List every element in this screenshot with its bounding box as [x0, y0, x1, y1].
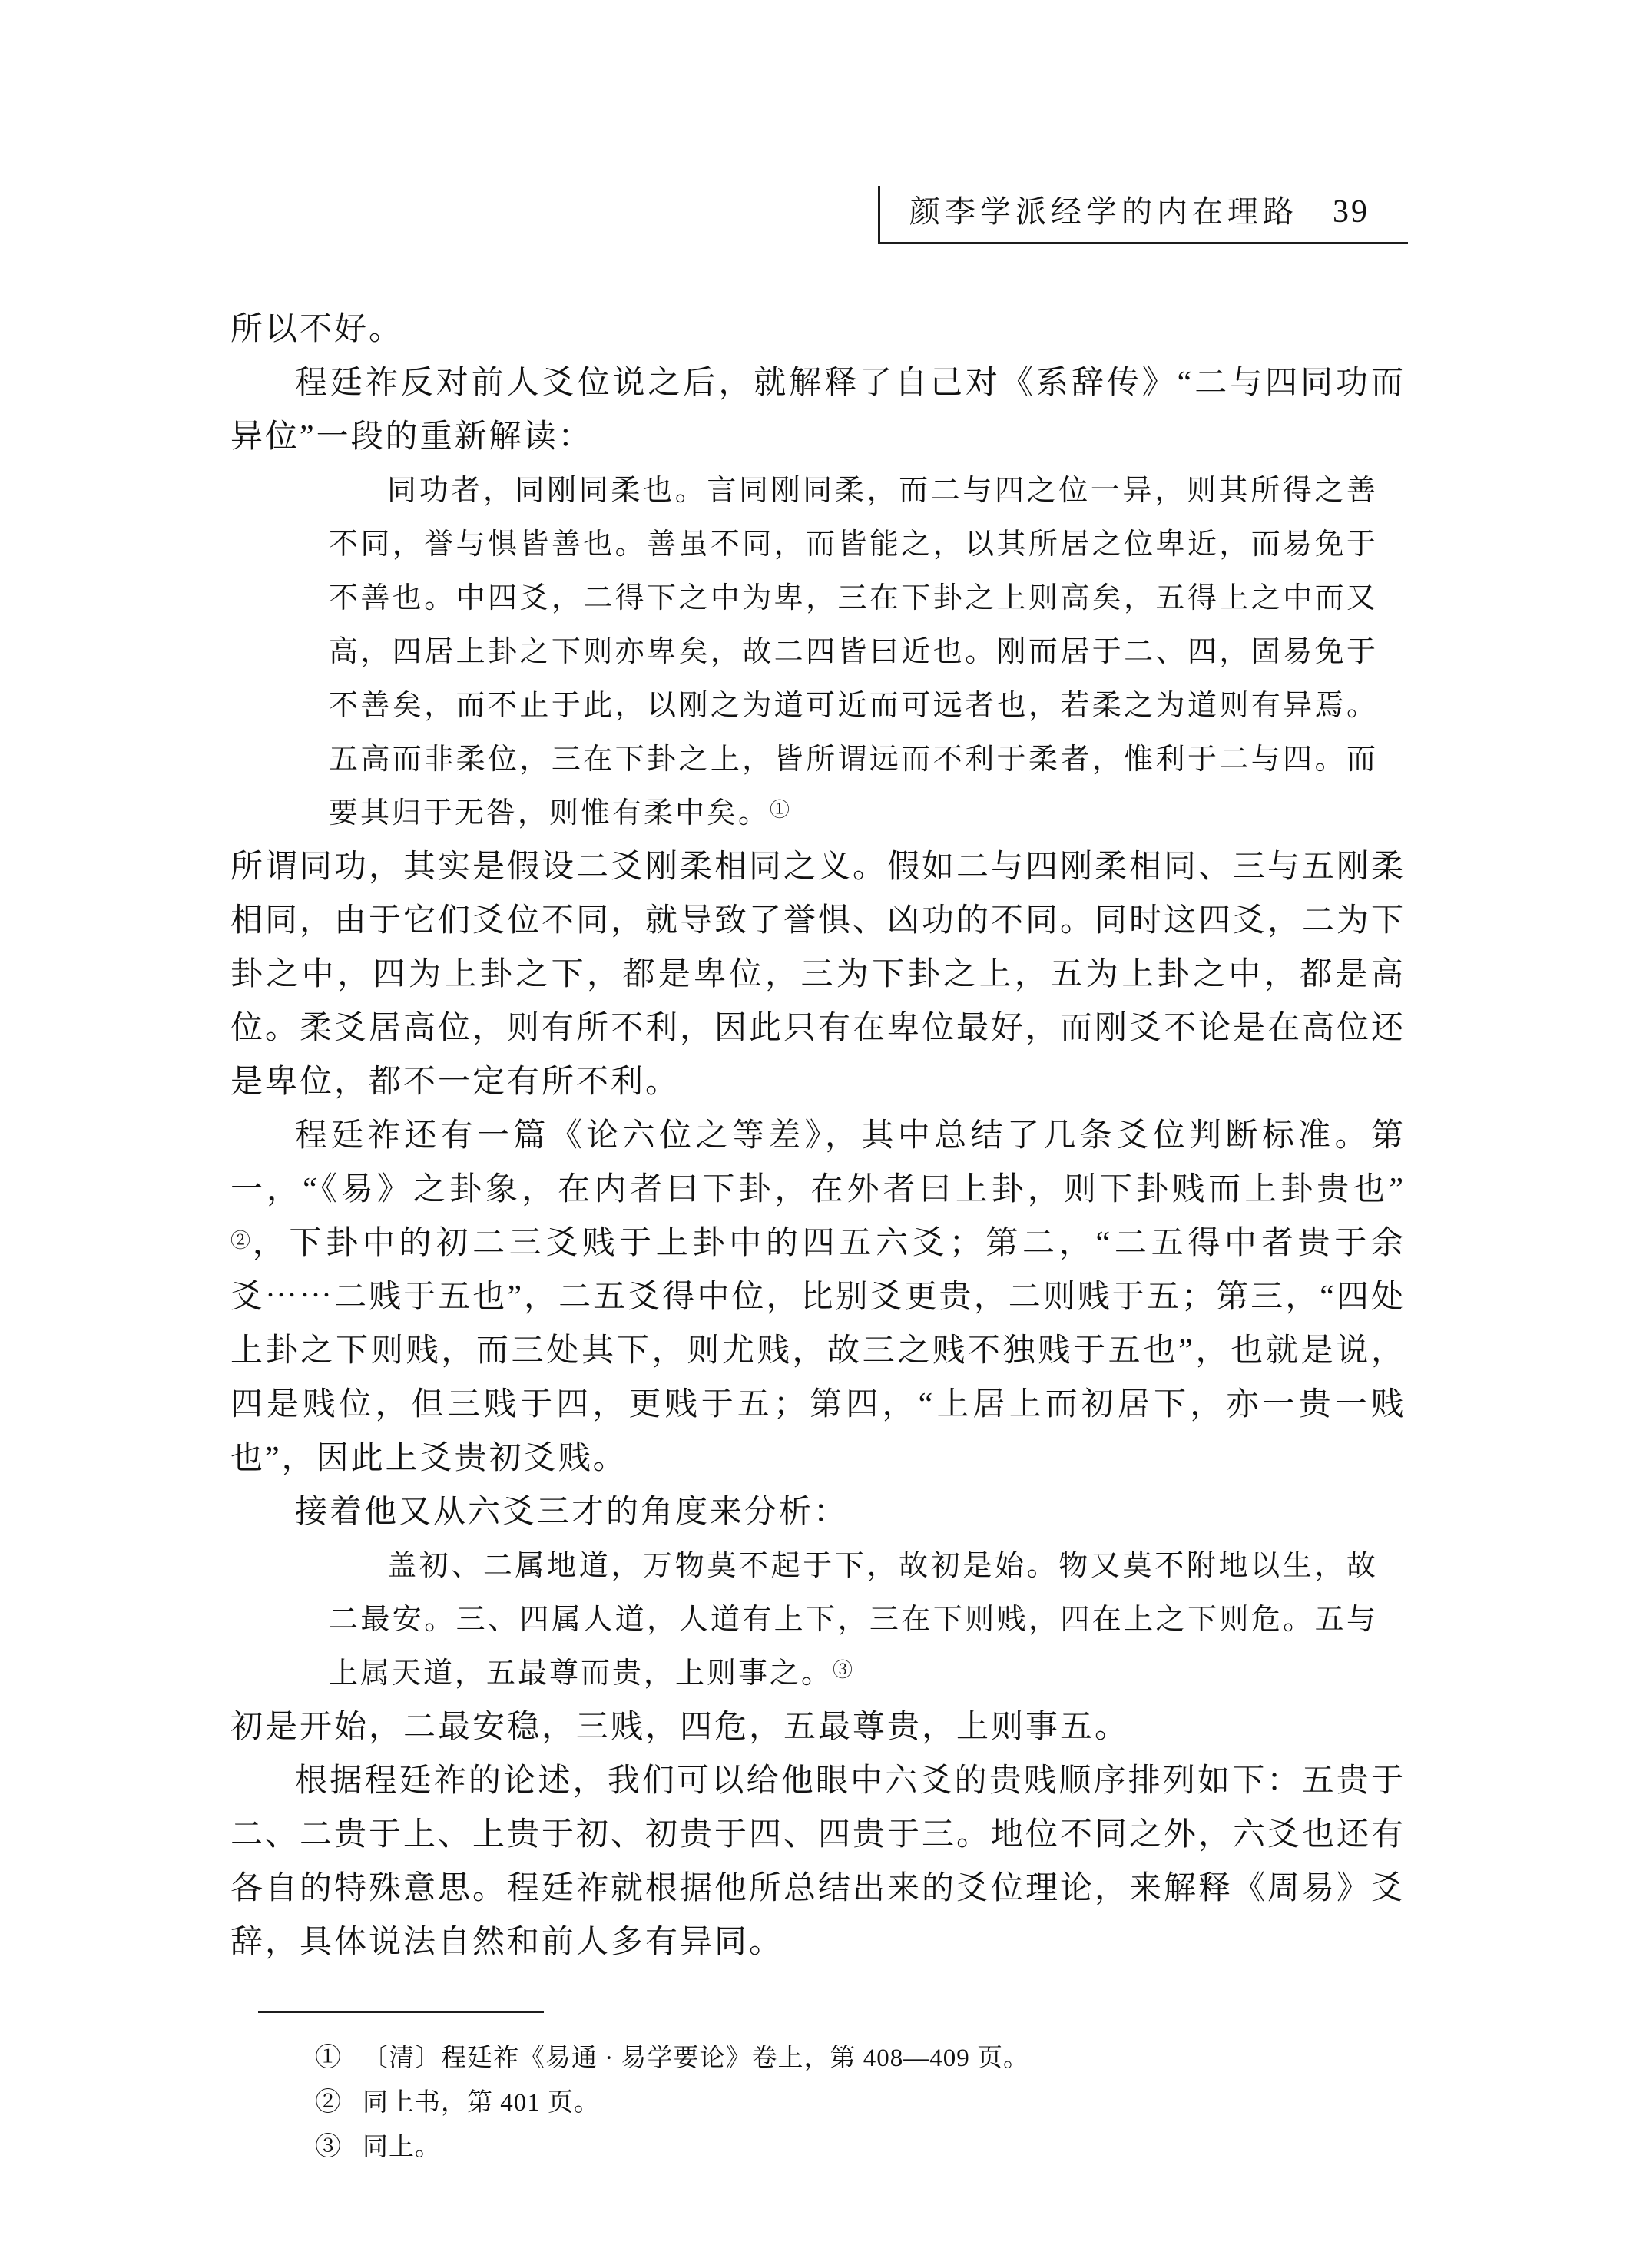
- paragraph-summary: 初是开始，二最安稳，三贱，四危，五最尊贵，上则事五。: [230, 1700, 1406, 1754]
- running-head-title: 颜李学派经学的内在理路: [909, 187, 1298, 231]
- paragraph-continuation: 所以不好。: [230, 303, 1406, 356]
- paragraph-conclusion: 根据程廷祚的论述，我们可以给他眼中六爻的贵贱顺序排列如下：五贵于二、二贵于上、上…: [230, 1754, 1406, 1969]
- footnote-3-text: 同上。: [363, 2126, 441, 2170]
- footnote-2: ② 同上书，第 401 页。: [315, 2081, 1406, 2125]
- book-page: 颜李学派经学的内在理路 39 所以不好。 程廷祚反对前人爻位说之后，就解释了自己…: [0, 0, 1633, 2268]
- footnote-2-marker: ②: [315, 2081, 341, 2124]
- paragraph-intro-quote2: 接着他又从六爻三才的角度来分析：: [230, 1485, 1406, 1539]
- paragraph-intro-quote1: 程廷祚反对前人爻位说之后，就解释了自己对《系辞传》“二与四同功而异位”一段的重新…: [230, 356, 1406, 464]
- paragraph-standards: 程廷祚还有一篇《论六位之等差》，其中总结了几条爻位判断标准。第一，“《易》之卦象…: [230, 1109, 1406, 1485]
- block-quote-2: 盖初、二属地道，万物莫不起于下，故初是始。物又莫不附地以生，故二最安。三、四属人…: [329, 1539, 1378, 1700]
- footnote-ref-3: ③: [833, 1659, 853, 1681]
- footnote-ref-2: ②: [230, 1230, 253, 1252]
- block-quote-1: 同功者，同刚同柔也。言同刚同柔，而二与四之位一异，则其所得之善不同，誉与惧皆善也…: [329, 464, 1378, 840]
- footnote-3: ③ 同上。: [315, 2125, 1406, 2170]
- page-number: 39: [1333, 194, 1370, 230]
- quote-2-text: 盖初、二属地道，万物莫不起于下，故初是始。物又莫不附地以生，故二最安。三、四属人…: [329, 1550, 1378, 1690]
- footnote-1-text: 〔清〕程廷祚《易通 · 易学要论》卷上，第 408—409 页。: [363, 2037, 1029, 2081]
- footnote-3-marker: ③: [315, 2125, 341, 2169]
- footnote-1: ① 〔清〕程廷祚《易通 · 易学要论》卷上，第 408—409 页。: [315, 2036, 1406, 2081]
- footnotes-section: ① 〔清〕程廷祚《易通 · 易学要论》卷上，第 408—409 页。 ② 同上书…: [230, 2011, 1406, 2170]
- quote-1-text: 同功者，同刚同柔也。言同刚同柔，而二与四之位一异，则其所得之善不同，誉与惧皆善也…: [329, 475, 1378, 829]
- page-body: 所以不好。 程廷祚反对前人爻位说之后，就解释了自己对《系辞传》“二与四同功而异位…: [230, 303, 1406, 1969]
- paragraph-standards-text-b: ，下卦中的初二三爻贱于上卦中的四五六爻；第二，“二五得中者贵于余爻⋯⋯二贱于五也…: [230, 1226, 1406, 1476]
- footnote-separator: [258, 2011, 544, 2013]
- running-head: 颜李学派经学的内在理路 39: [878, 186, 1408, 244]
- paragraph-analysis-1: 所谓同功，其实是假设二爻刚柔相同之义。假如二与四刚柔相同、三与五刚柔相同，由于它…: [230, 840, 1406, 1109]
- footnote-2-text: 同上书，第 401 页。: [363, 2081, 600, 2125]
- footnote-1-marker: ①: [315, 2036, 341, 2080]
- footnote-ref-1: ①: [770, 799, 790, 821]
- paragraph-standards-text-a: 程廷祚还有一篇《论六位之等差》，其中总结了几条爻位判断标准。第一，“《易》之卦象…: [230, 1118, 1406, 1207]
